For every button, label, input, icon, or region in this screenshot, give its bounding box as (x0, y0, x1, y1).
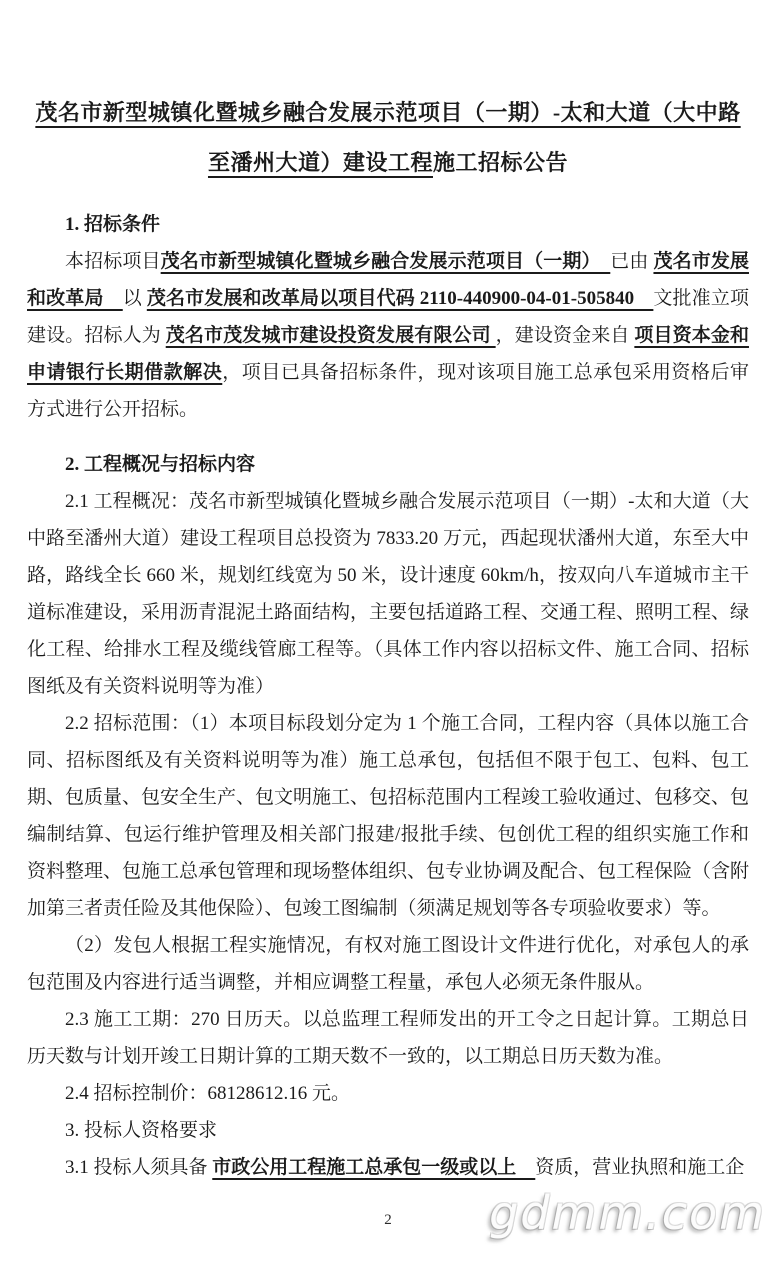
document-page: 茂名市新型城镇化暨城乡融合发展示范项目（一期）-太和大道（大中路至潘州大道）建设… (0, 0, 776, 1280)
text-run: 茂名市茂发城市建设投资发展有限公司 (166, 325, 496, 346)
text-run: 茂名市发展和改革局以项目代码 2110-440900-04-01-505840 (147, 288, 654, 309)
paragraph: 2.2 招标范围：（1）本项目标段划分定为 1 个施工合同，工程内容（具体以施工… (27, 705, 749, 927)
text-run: 茂名市新型城镇化暨城乡融合发展示范项目（一期）-太和大道（大中路至潘州大道）建设… (35, 100, 740, 175)
text-run: 2.1 工程概况：茂名市新型城镇化暨城乡融合发展示范项目（一期）-太和大道（大中… (27, 491, 749, 697)
watermark: gdmm.com (489, 1186, 766, 1240)
text-run: （2）发包人根据工程实施情况，有权对施工图设计文件进行优化，对承包人的承包范围及… (27, 935, 749, 993)
text-run: 茂名市新型城镇化暨城乡融合发展示范项目（一期） (161, 251, 611, 272)
text-run: 2.3 施工工期：270 日历天。以总监理工程师发出的开工令之日起计算。工期总日… (27, 1009, 749, 1067)
document-title: 茂名市新型城镇化暨城乡融合发展示范项目（一期）-太和大道（大中路至潘州大道）建设… (27, 88, 749, 188)
text-run: 以 (123, 288, 147, 309)
text-run: 施工招标公告 (433, 150, 568, 175)
section-heading: 3. 投标人资格要求 (27, 1112, 749, 1149)
text-run: 市政公用工程施工总承包一级或以上 (212, 1157, 535, 1178)
text-run: 资质，营业执照和施工企 (535, 1157, 744, 1178)
text-run: 已由 (610, 251, 653, 272)
paragraph: 2.3 施工工期：270 日历天。以总监理工程师发出的开工令之日起计算。工期总日… (27, 1001, 749, 1075)
text-run: 3. 投标人资格要求 (65, 1120, 217, 1141)
text-run: 1. 招标条件 (65, 214, 160, 235)
paragraph: 2.1 工程概况：茂名市新型城镇化暨城乡融合发展示范项目（一期）-太和大道（大中… (27, 483, 749, 705)
text-run: 本招标项目 (65, 251, 161, 272)
text-run: 3.1 投标人须具备 (65, 1157, 212, 1178)
text-run: 2.2 招标范围：（1）本项目标段划分定为 1 个施工合同，工程内容（具体以施工… (27, 713, 749, 919)
section-heading: 2. 工程概况与招标内容 (27, 446, 749, 483)
paragraph: 本招标项目茂名市新型城镇化暨城乡融合发展示范项目（一期） 已由 茂名市发展和改革… (27, 243, 749, 428)
document-body: 1. 招标条件本招标项目茂名市新型城镇化暨城乡融合发展示范项目（一期） 已由 茂… (27, 206, 749, 1186)
document-content: 茂名市新型城镇化暨城乡融合发展示范项目（一期）-太和大道（大中路至潘州大道）建设… (27, 0, 749, 1186)
text-run: ，建设资金来自 (496, 325, 635, 346)
section-heading: 1. 招标条件 (27, 206, 749, 243)
text-run: 2. 工程概况与招标内容 (65, 454, 255, 475)
text-run: 2.4 招标控制价：68128612.16 元。 (65, 1083, 350, 1104)
paragraph: （2）发包人根据工程实施情况，有权对施工图设计文件进行优化，对承包人的承包范围及… (27, 927, 749, 1001)
paragraph: 3.1 投标人须具备 市政公用工程施工总承包一级或以上 资质，营业执照和施工企 (27, 1149, 749, 1186)
paragraph: 2.4 招标控制价：68128612.16 元。 (27, 1075, 749, 1112)
